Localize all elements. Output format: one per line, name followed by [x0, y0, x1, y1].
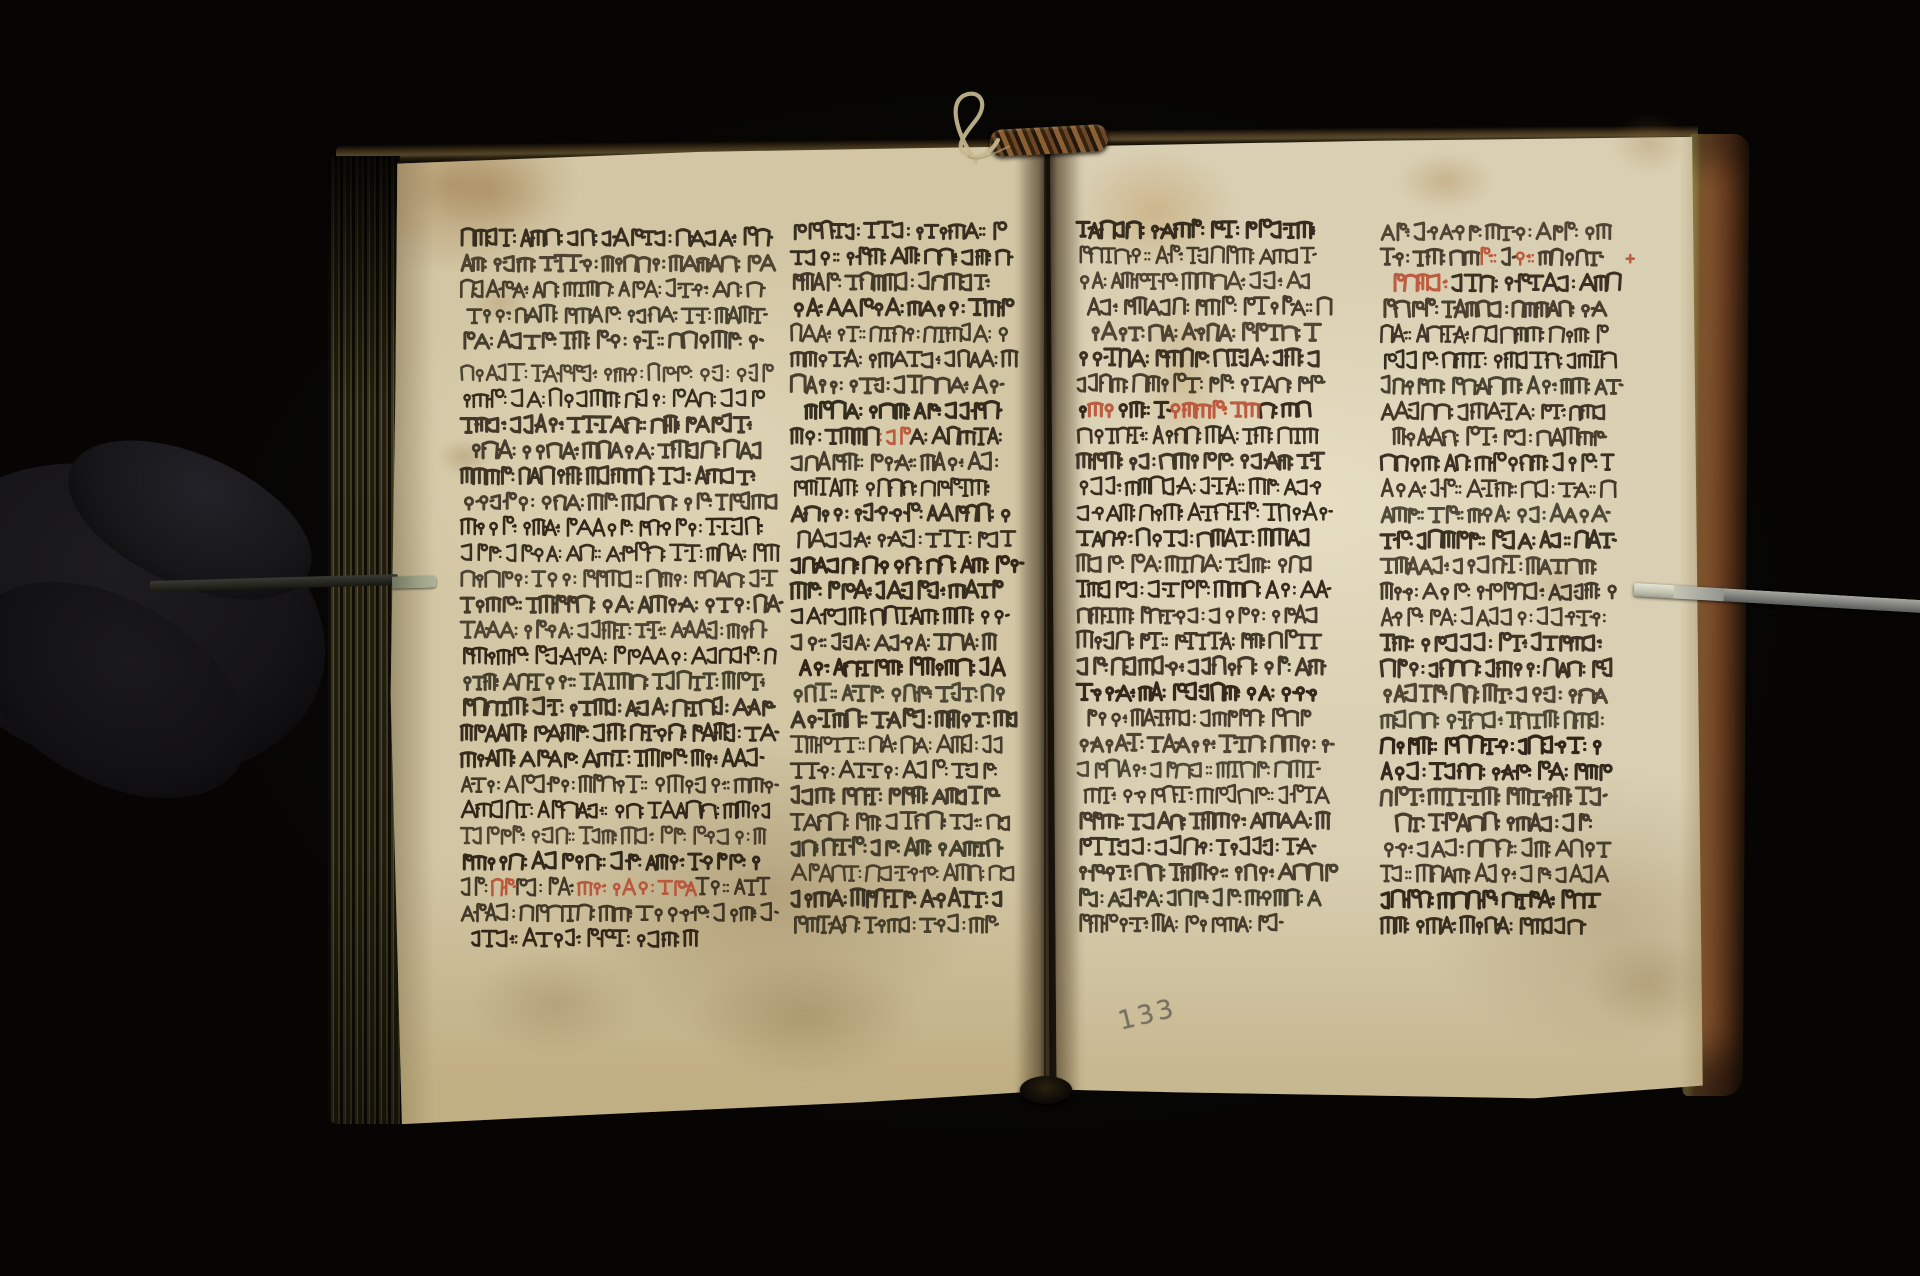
stain	[1076, 148, 1236, 273]
stain	[1612, 112, 1687, 174]
stain	[1135, 288, 1230, 463]
stain	[1398, 152, 1493, 210]
stain	[468, 282, 532, 324]
stain	[1520, 556, 1592, 608]
stain	[1585, 935, 1710, 1030]
gutter-crease	[1044, 146, 1046, 1090]
pointer-rod-left-tip	[392, 575, 436, 588]
stain	[470, 950, 640, 1055]
page-stack-fore-edge	[328, 156, 400, 1124]
photo-scene: 133	[0, 0, 1920, 1276]
binding-thread	[1020, 1076, 1072, 1104]
stain	[425, 148, 555, 233]
metal-strip-right-tip	[1634, 583, 1675, 598]
stain	[690, 955, 920, 1080]
gutter-shadow	[1014, 142, 1080, 1094]
stain	[516, 686, 558, 716]
stain	[438, 438, 490, 476]
